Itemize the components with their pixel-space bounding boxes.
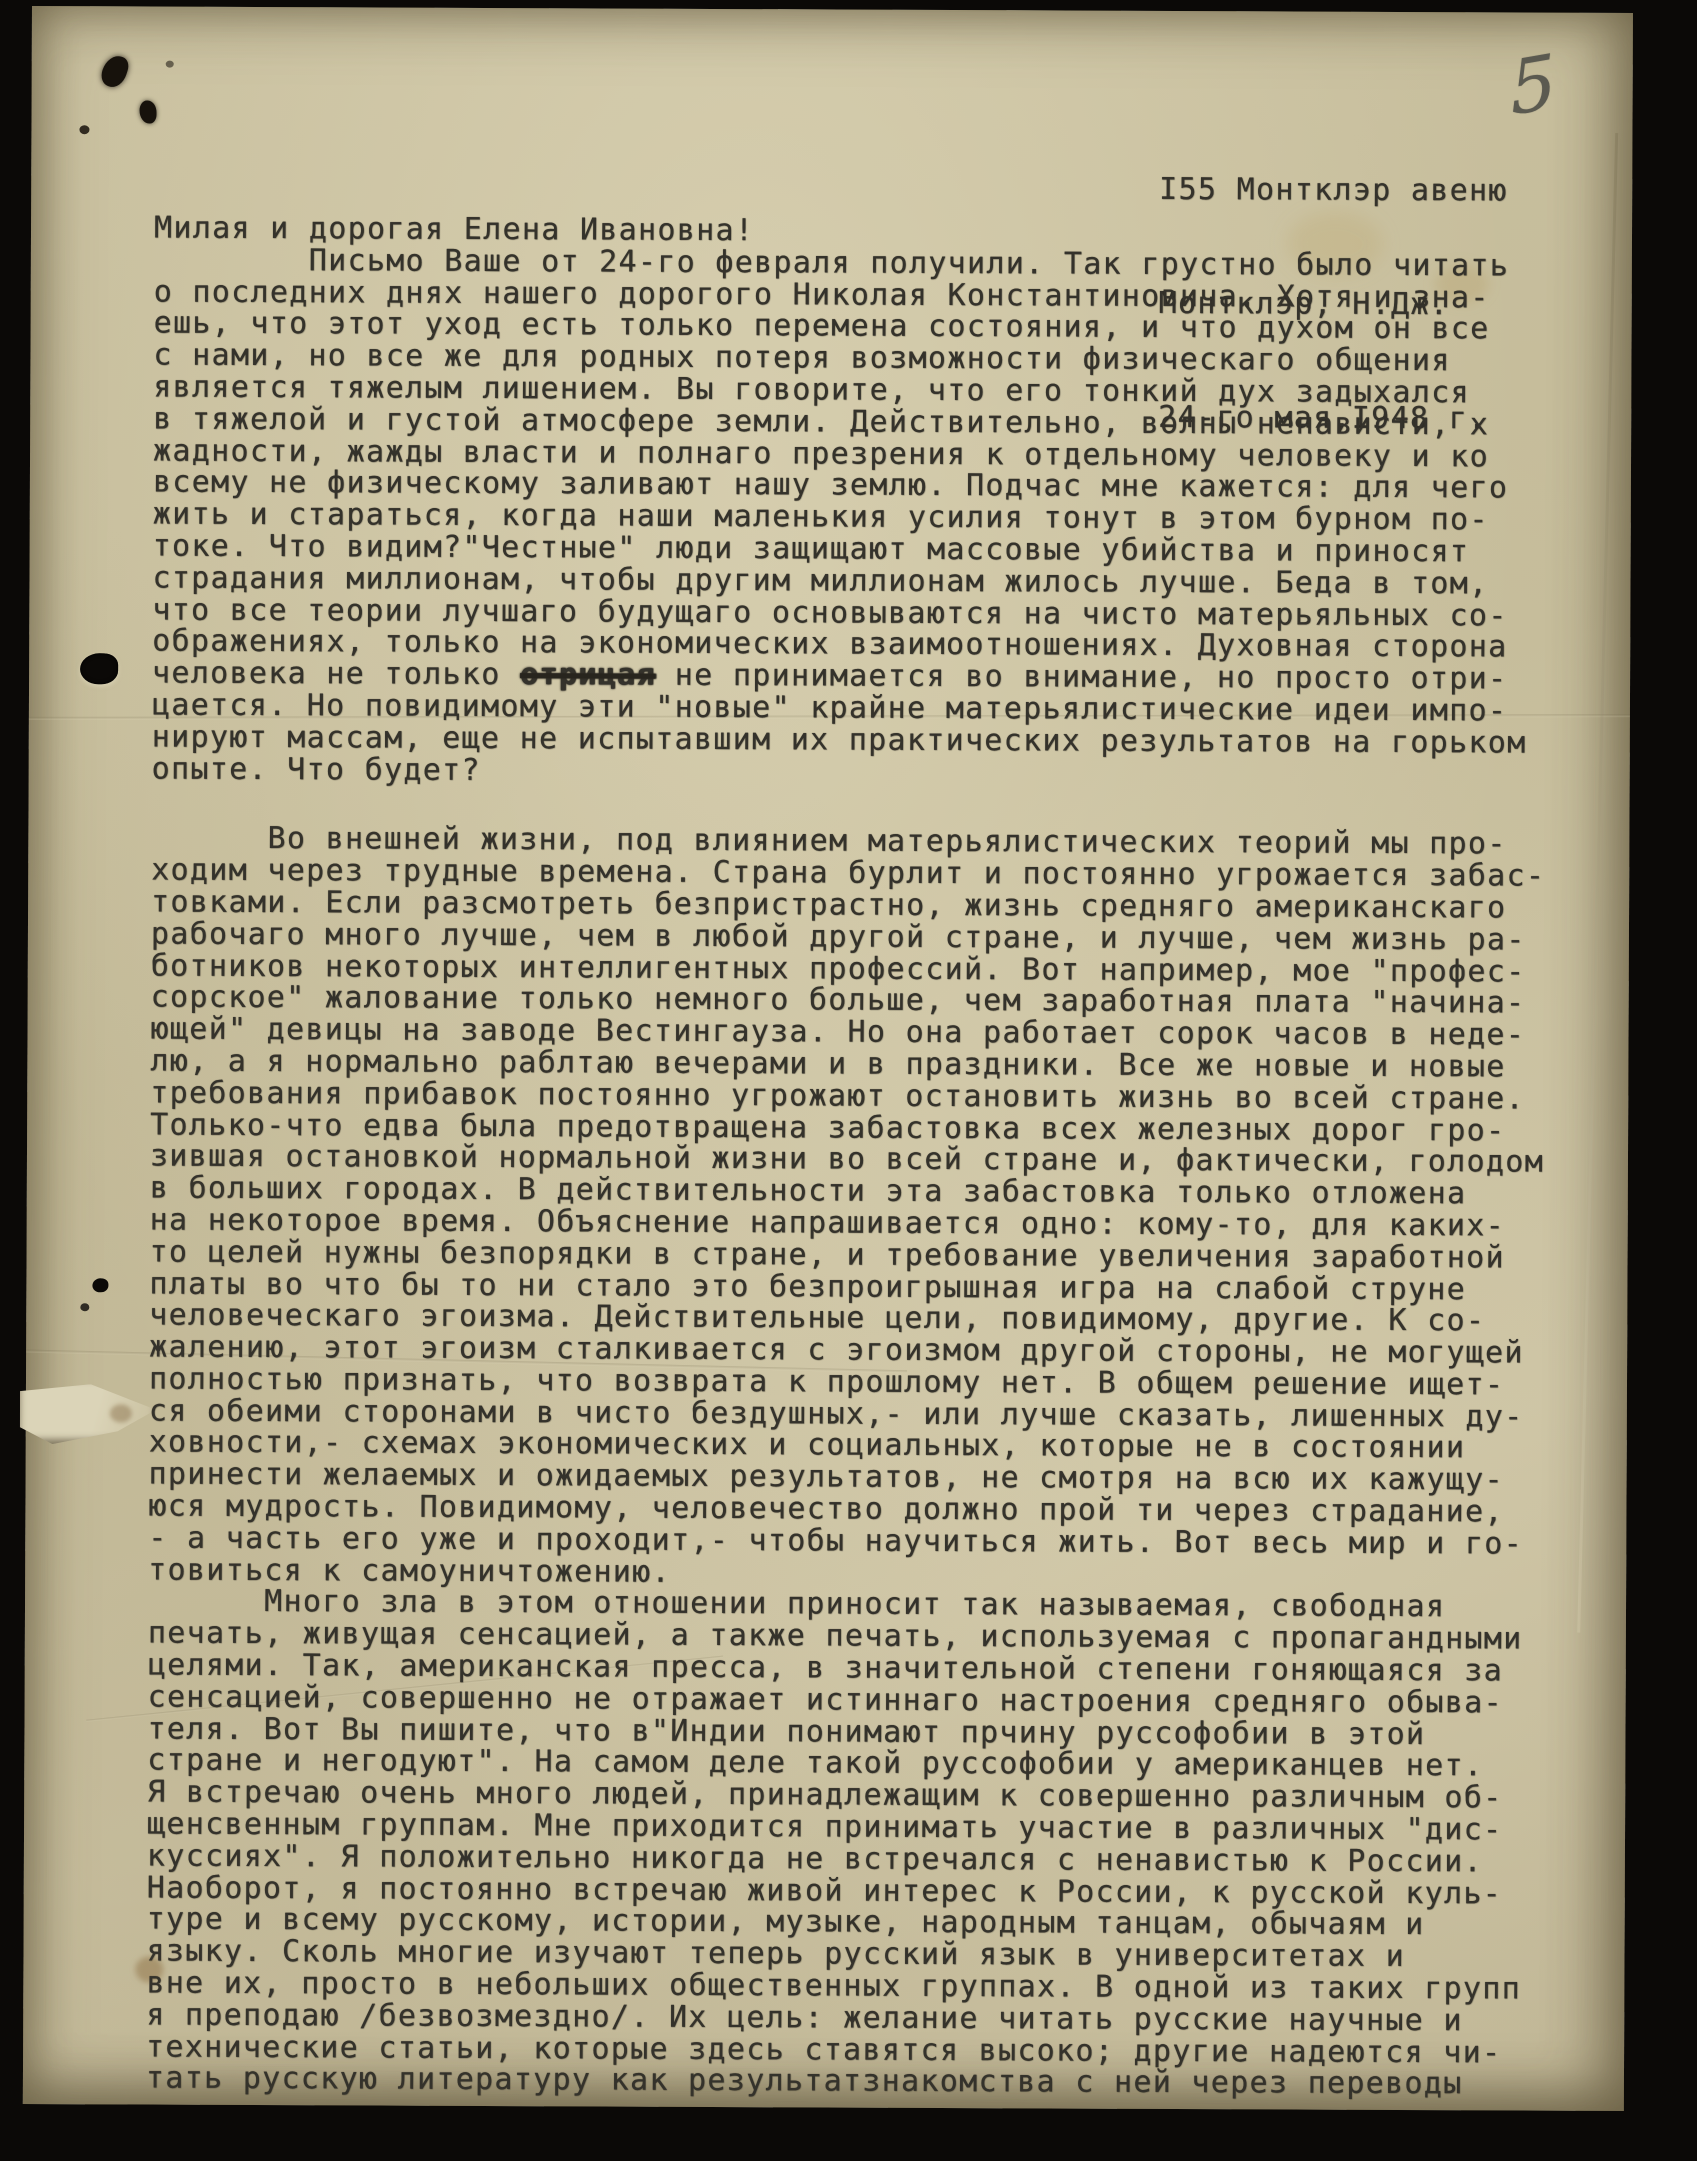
letter-paragraph: Во внешней жизни, под влиянием матерьяли… xyxy=(148,823,1545,1592)
scanned-letter-page: 5 I55 Монтклэр авеню Монтклэр, Н.Дж. 24-… xyxy=(0,0,1697,2161)
letter-paragraph: Много зла в этом отношении приносит так … xyxy=(146,1586,1542,2101)
ink-stain xyxy=(139,100,156,123)
punch-hole xyxy=(92,1278,108,1292)
handwritten-page-number: 5 xyxy=(1507,38,1559,132)
ink-stain xyxy=(79,125,89,134)
letter-line: тать русскую литературу как результатзна… xyxy=(146,2063,1540,2101)
sender-address-line-1: I55 Монтклэр авеню xyxy=(1159,171,1508,211)
letter-paper: 5 I55 Монтклэр авеню Монтклэр, Н.Дж. 24-… xyxy=(23,6,1633,2111)
ink-stain xyxy=(166,61,174,68)
punch-hole xyxy=(80,653,118,684)
punch-hole xyxy=(80,1303,89,1311)
paper-crease xyxy=(1577,133,1618,1633)
overtyped-word: отрицая xyxy=(520,657,656,693)
letter-body: Милая и дорогая Елена Ивановна! Письмо В… xyxy=(146,213,1548,2101)
ink-stain xyxy=(98,52,131,90)
letter-paragraphs: Письмо Ваше от 24-го февраля получили. Т… xyxy=(146,244,1548,2100)
paper-tear xyxy=(20,1384,156,1445)
letter-paragraph: Письмо Ваше от 24-го февраля получили. Т… xyxy=(152,244,1548,791)
